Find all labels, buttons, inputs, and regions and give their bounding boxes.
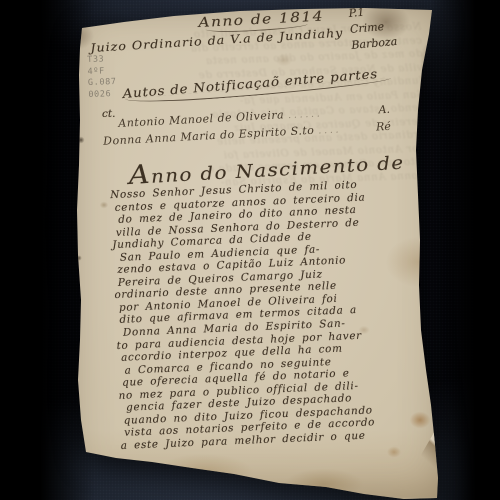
ghost-line: villa de Nossa Senhora do Desterro de bbox=[107, 61, 423, 86]
year-heading: Anno de 1814 bbox=[198, 8, 324, 31]
archival-mark: 4ºF bbox=[87, 65, 116, 77]
manuscript-line: quando no dito Juizo ficou despachando bbox=[123, 402, 423, 427]
manuscript-line: vista aos notarios perfeito e de accordo bbox=[124, 415, 424, 440]
photo-scene: Nosso Senhor Jesus Christo de mil oitoce… bbox=[0, 0, 500, 500]
corner-fold bbox=[384, 408, 444, 500]
archival-mark: T33 bbox=[87, 54, 116, 66]
ghost-line: Donna Anna Maria do Espirito San- bbox=[110, 169, 426, 192]
party-role: Ré bbox=[376, 119, 391, 133]
party-role: A. bbox=[378, 103, 390, 117]
party-name: Antonio Manoel de Oliveira bbox=[118, 108, 284, 130]
ghost-line: por Antonio Manoel de Oliveira foi bbox=[110, 142, 426, 167]
manuscript-line: no mez para o publico official de dili- bbox=[118, 377, 422, 402]
manuscript-line: gencia fazer deste Juizo despachado bbox=[126, 390, 423, 415]
party-row: Donna Anna Maria do Espirito S.to . . . … bbox=[103, 119, 391, 151]
manuscript-line: que oferecia aquella fé do notario e bbox=[122, 364, 422, 389]
manuscript-body: Nosso Senhor Jesus Christo de mil oitoce… bbox=[114, 176, 425, 452]
body-opening-line: Anno do Nascimento de bbox=[128, 146, 405, 191]
manuscript-line: zendo estava o Capitão Luiz Antonio bbox=[117, 252, 417, 277]
manuscript-line: ordinario deste anno presente nelle bbox=[114, 277, 418, 302]
manuscript-line: San Paulo em Audiencia que fa- bbox=[120, 239, 417, 264]
manuscript-line: villa de Nossa Senhora do Desterro de bbox=[116, 214, 416, 239]
paper-shadow-wrap: Nosso Senhor Jesus Christo de mil oitoce… bbox=[0, 0, 500, 500]
ghost-line: dito que afirmava em termos citada a bbox=[110, 155, 426, 180]
ghost-line: San Paulo em Audiencia que fa- bbox=[108, 88, 424, 113]
manuscript-line: por Antonio Manoel de Oliveira foi bbox=[119, 289, 419, 314]
manuscript-line: a Comarca e ficando no seguinte bbox=[124, 352, 421, 377]
manuscript-line: Pereira de Queiros Camargo Juiz bbox=[118, 264, 418, 289]
manuscript-line: a este Juizo para melhor decidir o que bbox=[121, 427, 425, 452]
party-row: Antonio Manoel de Oliveira . . . . . . A… bbox=[118, 103, 390, 134]
ghost-lines: Nosso Senhor Jesus Christo de mil oitoce… bbox=[105, 21, 426, 192]
archival-mark: G.087 bbox=[88, 77, 117, 89]
manuscript-line: Donna Anna Maria do Espirito San- bbox=[123, 314, 420, 339]
manuscript-line: centos e quatorze annos ao terceiro dia bbox=[115, 189, 415, 214]
ink-bleedthrough: Nosso Senhor Jesus Christo de mil oitoce… bbox=[105, 21, 426, 192]
corner-note: P.1 bbox=[348, 2, 395, 22]
ghost-line: do mez de Janeiro do dito anno nesta bbox=[106, 48, 422, 73]
archival-mark: 0026 bbox=[88, 88, 117, 100]
ghost-line: ordinario deste anno presente nelle bbox=[109, 128, 425, 153]
manuscript-page: Nosso Senhor Jesus Christo de mil oitoce… bbox=[64, 0, 448, 500]
manuscript-line: do mez de Janeiro do dito anno nesta bbox=[118, 202, 415, 227]
corner-note: Crime bbox=[349, 18, 396, 38]
manuscript-line: to para audiencia desta hoje por haver bbox=[116, 327, 420, 352]
ghost-line: centos e quatorze annos ao terceiro dia bbox=[106, 34, 422, 59]
parties-list: Antonio Manoel de Oliveira . . . . . . A… bbox=[118, 103, 391, 150]
ghost-line: zendo estava o Capitão Luiz Antonio bbox=[108, 101, 424, 126]
corner-note: Barboza bbox=[351, 34, 398, 54]
manuscript-line: accordio interpoz que della ha com bbox=[121, 339, 421, 364]
ghost-line: to para audiencia desta hoje por haver bbox=[111, 182, 427, 191]
court-heading: Juizo Ordinario da V.a de Jundiahy bbox=[90, 26, 344, 55]
archival-reference-marks: T334ºFG.0870026 bbox=[87, 54, 117, 101]
dotted-leader: . . . . . . bbox=[284, 106, 379, 121]
manuscript-line: Jundiahy Comarca da Cidade de bbox=[112, 227, 416, 252]
dotted-leader: . . . . bbox=[314, 123, 376, 136]
ghost-line: Nosso Senhor Jesus Christo de mil oito bbox=[105, 21, 421, 46]
manuscript-line: dito que afirmava em termos citada a bbox=[119, 302, 419, 327]
ghost-line: Jundiahy Comarca da Cidade de bbox=[107, 75, 423, 100]
ghost-line: Pereira de Queiros Camargo Juiz bbox=[109, 115, 425, 140]
case-title: Autos de Notificaçaõ entre partes bbox=[122, 66, 378, 101]
corner-annotations: P.1CrimeBarboza bbox=[348, 2, 398, 54]
party-name: Donna Anna Maria do Espirito S.to bbox=[103, 123, 315, 147]
manuscript-line: Nosso Senhor Jesus Christo de mil oito bbox=[110, 176, 414, 201]
title-mark: ct. bbox=[102, 108, 115, 120]
